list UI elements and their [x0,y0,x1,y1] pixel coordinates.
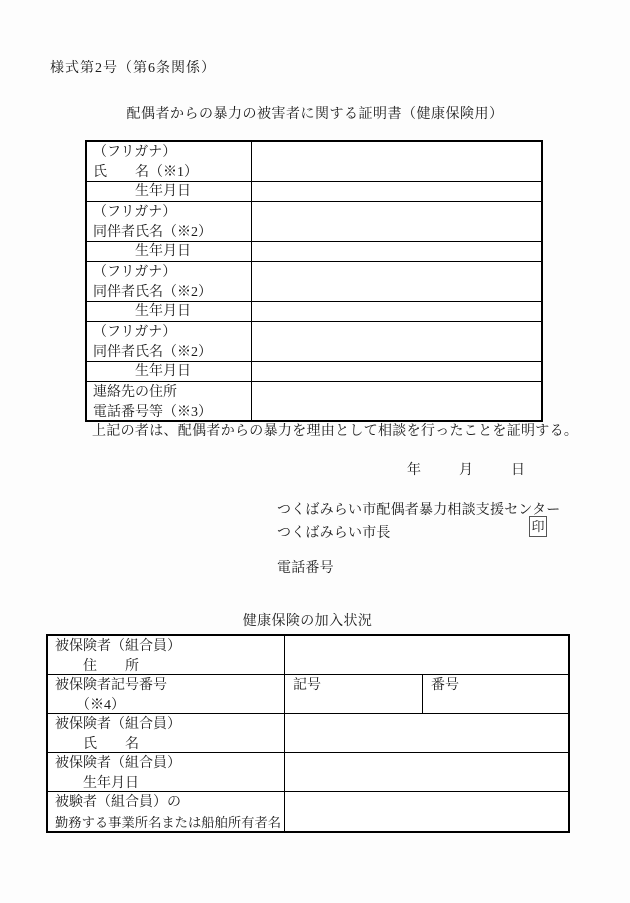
entry-field-insured-birthdate [285,753,568,791]
label-line: 生年月日 [55,773,282,791]
table-row: （フリガナ） 同伴者氏名（※2） [87,322,541,362]
label-line: 被保険者記号番号 [55,675,282,695]
date-day-label: 日 [511,459,525,479]
label-line: 生年月日 [93,302,249,321]
insurance-table: 被保険者（組合員） 住 所 被保険者記号番号 （※4） 記号 番号 被保険者（組… [46,634,570,833]
table-row: 生年月日 [87,302,541,322]
label-line: 同伴者氏名（※2） [93,342,249,361]
entry-field-companion-name [252,262,541,301]
label-line: 住 所 [55,656,282,674]
label-line: （フリガナ） [93,322,249,342]
entry-field-birthdate [252,182,541,201]
form-number: 様式第2号（第6条関係） [50,57,216,77]
label-line: 同伴者氏名（※2） [93,222,249,241]
label-line: 生年月日 [93,182,249,201]
table-row: （フリガナ） 同伴者氏名（※2） [87,262,541,302]
row-label: 被保険者（組合員） 氏 名 [48,714,285,752]
label-line: （フリガナ） [93,142,249,162]
label-line: 被保険者（組合員） [55,753,282,773]
table-row: （フリガナ） 同伴者氏名（※2） [87,202,541,242]
row-label: 生年月日 [87,182,252,201]
certification-statement: 上記の者は、配偶者からの暴力を理由として相談を行ったことを証明する。 [92,420,578,440]
seal-stamp-box: 印 [529,516,547,537]
issuer-mayor-name: つくばみらい市長 [277,522,391,542]
victim-table: （フリガナ） 氏 名（※1） 生年月日 （フリガナ） 同伴者氏名（※2） 生年月… [85,140,543,422]
symbol-cell: 記号 [285,675,423,713]
row-label: 被保険者（組合員） 住 所 [48,636,285,674]
label-line: 勤務する事業所名または船舶所有者名 [55,812,282,831]
entry-field-name [252,142,541,181]
table-row: 生年月日 [87,362,541,382]
table-row: 被保険者記号番号 （※4） 記号 番号 [48,675,568,714]
label-line: 被保険者（組合員） [55,714,282,734]
label-line: 生年月日 [93,242,249,261]
date-year-label: 年 [407,459,421,479]
label-line: 生年月日 [93,362,249,381]
entry-field-birthdate [252,302,541,321]
entry-field-companion-name [252,322,541,361]
label-line: （※4） [55,695,282,713]
label-line: 同伴者氏名（※2） [93,282,249,301]
table-row: 連絡先の住所 電話番号等（※3） [87,382,541,420]
label-line: 被験者（組合員）の [55,792,282,812]
document-page: 様式第2号（第6条関係） 配偶者からの暴力の被害者に関する証明書（健康保険用） … [0,0,630,903]
table-row: （フリガナ） 氏 名（※1） [87,142,541,182]
row-label: （フリガナ） 同伴者氏名（※2） [87,202,252,241]
row-label: 被保険者記号番号 （※4） [48,675,285,713]
row-label: （フリガナ） 同伴者氏名（※2） [87,262,252,301]
entry-field-insured-name [285,714,568,752]
label-line: 氏 名 [55,734,282,752]
label-line: 氏 名（※1） [93,162,249,181]
table-row: 生年月日 [87,242,541,262]
row-label: （フリガナ） 同伴者氏名（※2） [87,322,252,361]
label-line: （フリガナ） [93,202,249,222]
table-row: 被保険者（組合員） 住 所 [48,636,568,675]
row-label: 被保険者（組合員） 生年月日 [48,753,285,791]
table-row: 被保険者（組合員） 氏 名 [48,714,568,753]
entry-field-employer [285,792,568,831]
row-label: 生年月日 [87,302,252,321]
table-row: 被保険者（組合員） 生年月日 [48,753,568,792]
label-line: 電話番号等（※3） [93,402,249,420]
document-title: 配偶者からの暴力の被害者に関する証明書（健康保険用） [0,103,630,123]
date-line: 年 月 日 [407,459,525,479]
row-label: 被験者（組合員）の 勤務する事業所名または船舶所有者名 [48,792,285,831]
issuer-phone-label: 電話番号 [277,557,334,577]
row-label: （フリガナ） 氏 名（※1） [87,142,252,181]
entry-field-birthdate [252,362,541,381]
table-row: 生年月日 [87,182,541,202]
table-row: 被験者（組合員）の 勤務する事業所名または船舶所有者名 [48,792,568,831]
issuer-center-name: つくばみらい市配偶者暴力相談支援センター [277,499,560,519]
label-line: 連絡先の住所 [93,382,249,402]
entry-field-address [285,636,568,674]
entry-field-birthdate [252,242,541,261]
row-label: 生年月日 [87,242,252,261]
date-month-label: 月 [459,459,473,479]
label-line: （フリガナ） [93,262,249,282]
entry-field-contact [252,382,541,420]
row-label: 生年月日 [87,362,252,381]
label-line: 被保険者（組合員） [55,636,282,656]
row-label: 連絡先の住所 電話番号等（※3） [87,382,252,420]
number-cell: 番号 [423,675,568,713]
entry-field-companion-name [252,202,541,241]
insurance-section-title: 健康保険の加入状況 [45,610,570,630]
